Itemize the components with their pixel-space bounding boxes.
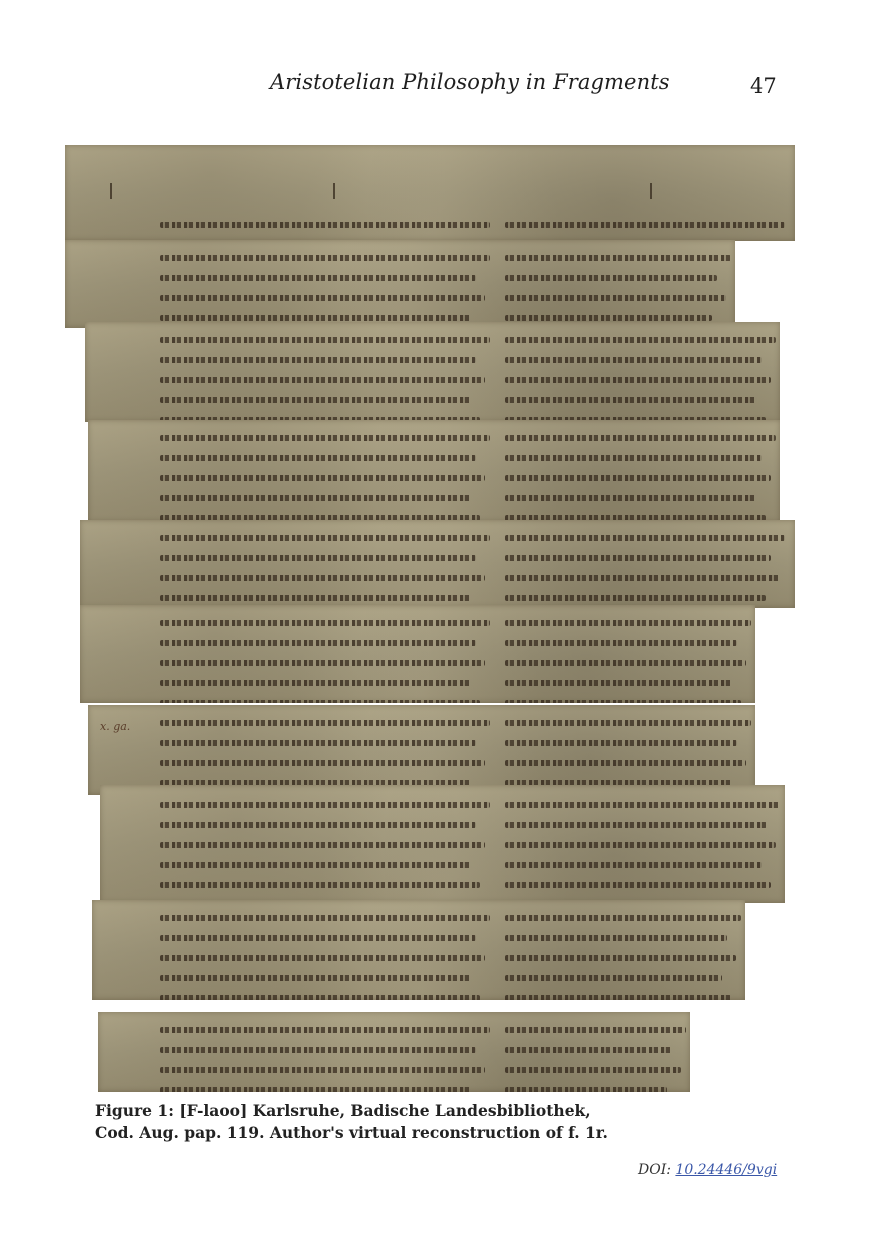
fragment-strip: [80, 605, 755, 703]
text-column: [160, 520, 490, 608]
text-column: [505, 240, 731, 328]
text-column: [160, 900, 490, 1000]
fragment-strip: [88, 420, 780, 522]
text-column: [160, 705, 490, 795]
text-column: [160, 605, 490, 703]
text-column: [505, 322, 776, 422]
text-column: [160, 1012, 490, 1092]
text-column: [160, 785, 490, 903]
text-column: [160, 420, 490, 522]
text-column: [505, 785, 781, 903]
text-column: [505, 705, 751, 795]
ruling-mark: [110, 183, 112, 199]
figure-caption: Figure 1: [F-laoo] Karlsruhe, Badische L…: [95, 1100, 695, 1144]
fragment-strip: [88, 705, 755, 795]
text-column: [160, 322, 490, 422]
fragment-strip: [65, 240, 735, 328]
fragment-strip: [65, 145, 795, 241]
caption-line-2: Cod. Aug. pap. 119. Author's virtual rec…: [95, 1122, 695, 1144]
fragment-strip: [100, 785, 785, 903]
fragment-strip: [85, 322, 780, 422]
text-column: [505, 605, 751, 703]
caption-line-1: Figure 1: [F-laoo] Karlsruhe, Badische L…: [95, 1100, 695, 1122]
text-column: [160, 240, 490, 328]
fragment-strip: [92, 900, 745, 1000]
ruling-mark: [650, 183, 652, 199]
fragment-strip: [98, 1012, 690, 1092]
marginal-note: x. ga.: [100, 720, 130, 733]
ruling-mark: [333, 183, 335, 199]
text-column: [505, 520, 785, 608]
text-column: [505, 900, 741, 1000]
text-column: [505, 1012, 686, 1092]
fragment-strip: [80, 520, 795, 608]
text-column: [160, 145, 490, 241]
doi-link[interactable]: 10.24446/9vgi: [675, 1162, 777, 1178]
manuscript-figure: x. ga.: [0, 0, 874, 1100]
doi-reference: DOI: 10.24446/9vgi: [638, 1162, 777, 1178]
doi-label: DOI:: [638, 1162, 675, 1178]
text-column: [505, 145, 785, 241]
text-column: [505, 420, 776, 522]
